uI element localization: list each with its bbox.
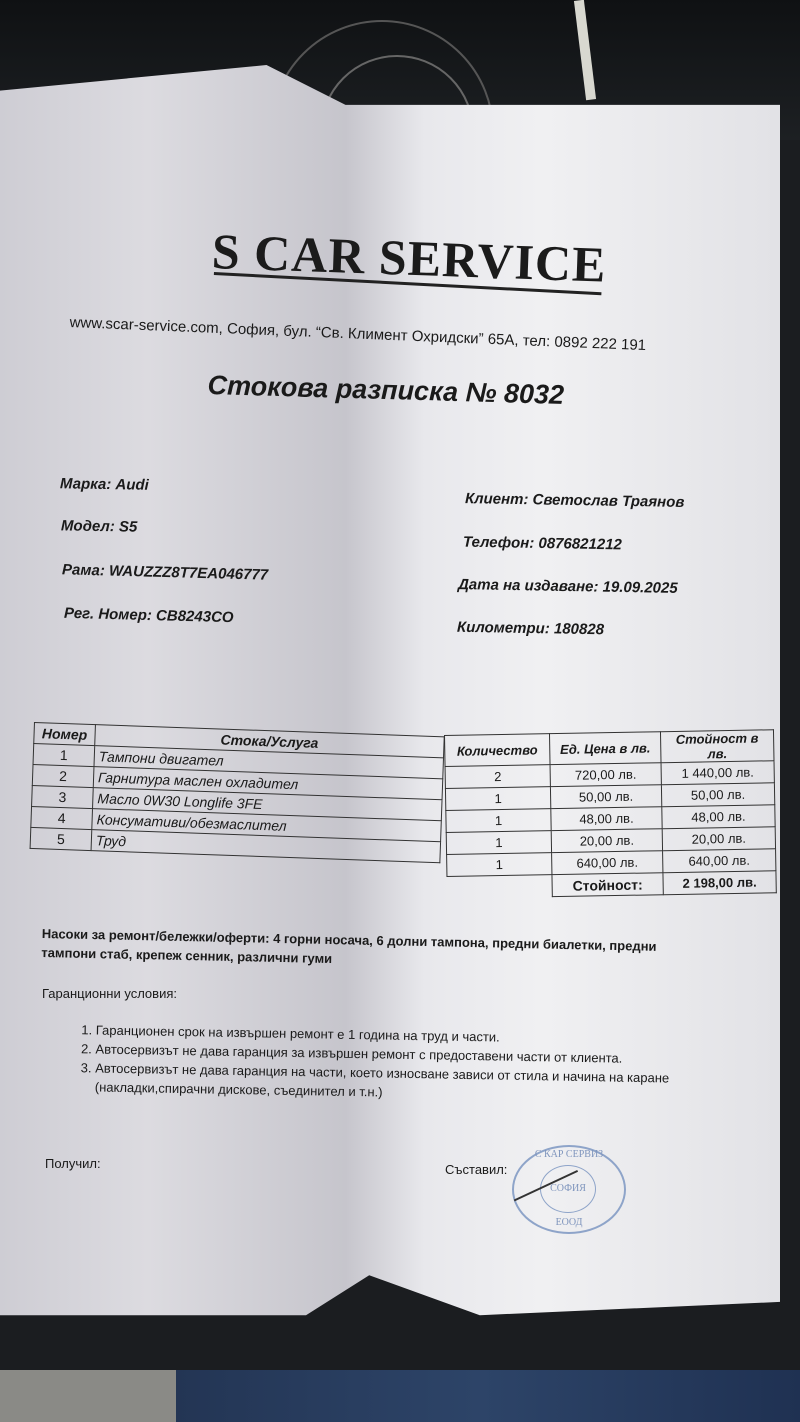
sum-spacer: [447, 875, 552, 899]
row-number: 5: [30, 827, 92, 850]
row-quantity: 2: [445, 765, 550, 789]
company-address: www.scar-service.com, София, бул. “Св. К…: [69, 314, 646, 354]
warranty-title: Гаранционни условия:: [42, 986, 177, 1001]
row-total: 50,00 лв.: [661, 783, 774, 807]
issue-date: Дата на издаване: 19.09.2025: [458, 576, 678, 597]
row-unit-price: 50,00 лв.: [550, 785, 661, 809]
row-quantity: 1: [447, 853, 552, 877]
header-quantity: Количество: [445, 734, 551, 767]
row-total: 48,00 лв.: [662, 805, 775, 829]
header-number: Номер: [34, 723, 96, 746]
items-table-right: Количество Ед. Цена в лв. Стойност в лв.…: [444, 729, 777, 899]
row-total: 20,00 лв.: [662, 827, 775, 851]
row-unit-price: 48,00 лв.: [551, 807, 662, 831]
header-total: Стойност в лв.: [660, 730, 774, 763]
row-quantity: 1: [446, 831, 551, 855]
row-number: 2: [32, 764, 94, 787]
row-unit-price: 20,00 лв.: [551, 829, 662, 853]
row-unit-price: 720,00 лв.: [550, 763, 661, 787]
document-title: Стокова разписка № 8032: [207, 370, 564, 411]
header-unit-price: Ед. Цена в лв.: [549, 732, 661, 765]
repair-notes: Насоки за ремонт/бележки/оферти: 4 горни…: [41, 924, 692, 976]
row-number: 1: [33, 744, 95, 767]
compiled-by-label: Съставил:: [445, 1162, 507, 1177]
vehicle-vin: Рама: WAUZZZ8T7EA046777: [62, 561, 269, 583]
items-table-left: Номер Стока/Услуга 1 Тампони двигател2 Г…: [30, 722, 445, 863]
vehicle-plate: Рег. Номер: CB8243CO: [64, 605, 234, 626]
received-by-label: Получил:: [45, 1156, 101, 1171]
row-unit-price: 640,00 лв.: [552, 851, 663, 875]
vehicle-model: Модел: S5: [61, 517, 138, 535]
mileage: Километри: 180828: [457, 619, 604, 639]
row-total: 640,00 лв.: [663, 849, 776, 873]
row-quantity: 1: [446, 809, 551, 833]
row-number: 3: [32, 785, 94, 808]
sum-value: 2 198,00 лв.: [663, 871, 776, 895]
sum-label: Стойност:: [552, 873, 663, 897]
stamp-bottom-text: ЕООД: [514, 1217, 624, 1228]
warranty-terms: Гаранционен срок на извършен ремонт е 1 …: [67, 1020, 698, 1107]
customer-phone: Телефон: 0876821212: [463, 534, 622, 554]
vehicle-make: Марка: Audi: [60, 475, 149, 494]
customer-name: Клиент: Светослав Траянов: [465, 490, 685, 511]
row-number: 4: [31, 806, 93, 829]
row-quantity: 1: [445, 787, 550, 811]
row-total: 1 440,00 лв.: [661, 761, 774, 785]
receipt-content: S CAR SERVICE www.scar-service.com, Софи…: [0, 0, 800, 1422]
